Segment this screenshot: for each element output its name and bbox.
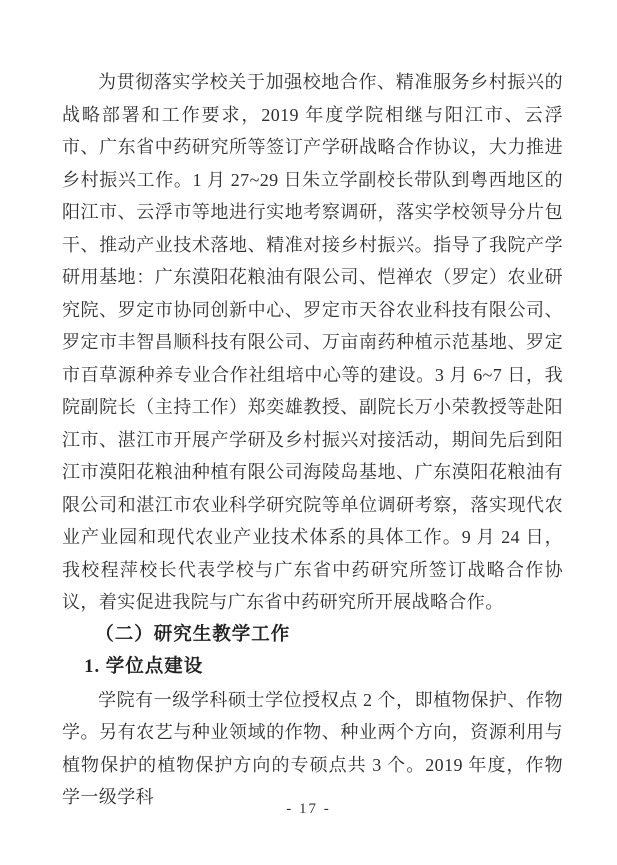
page-footer: - 17 -: [0, 799, 617, 819]
page-number: - 17 -: [286, 801, 331, 817]
subsection-heading-degree-point: 1. 学位点建设: [62, 651, 563, 684]
document-page: 为贯彻落实学校关于加强校地合作、精准服务乡村振兴的战略部署和工作要求，2019 …: [0, 0, 617, 865]
paragraph-industry-cooperation: 为贯彻落实学校关于加强校地合作、精准服务乡村振兴的战略部署和工作要求，2019 …: [62, 66, 563, 619]
section-heading-graduate-teaching: （二）研究生教学工作: [62, 619, 563, 652]
paragraph-degree-points: 学院有一级学科硕士学位授权点 2 个，即植物保护、作物学。另有农艺与种业领域的作…: [62, 684, 563, 814]
document-body: 为贯彻落实学校关于加强校地合作、精准服务乡村振兴的战略部署和工作要求，2019 …: [62, 66, 563, 814]
